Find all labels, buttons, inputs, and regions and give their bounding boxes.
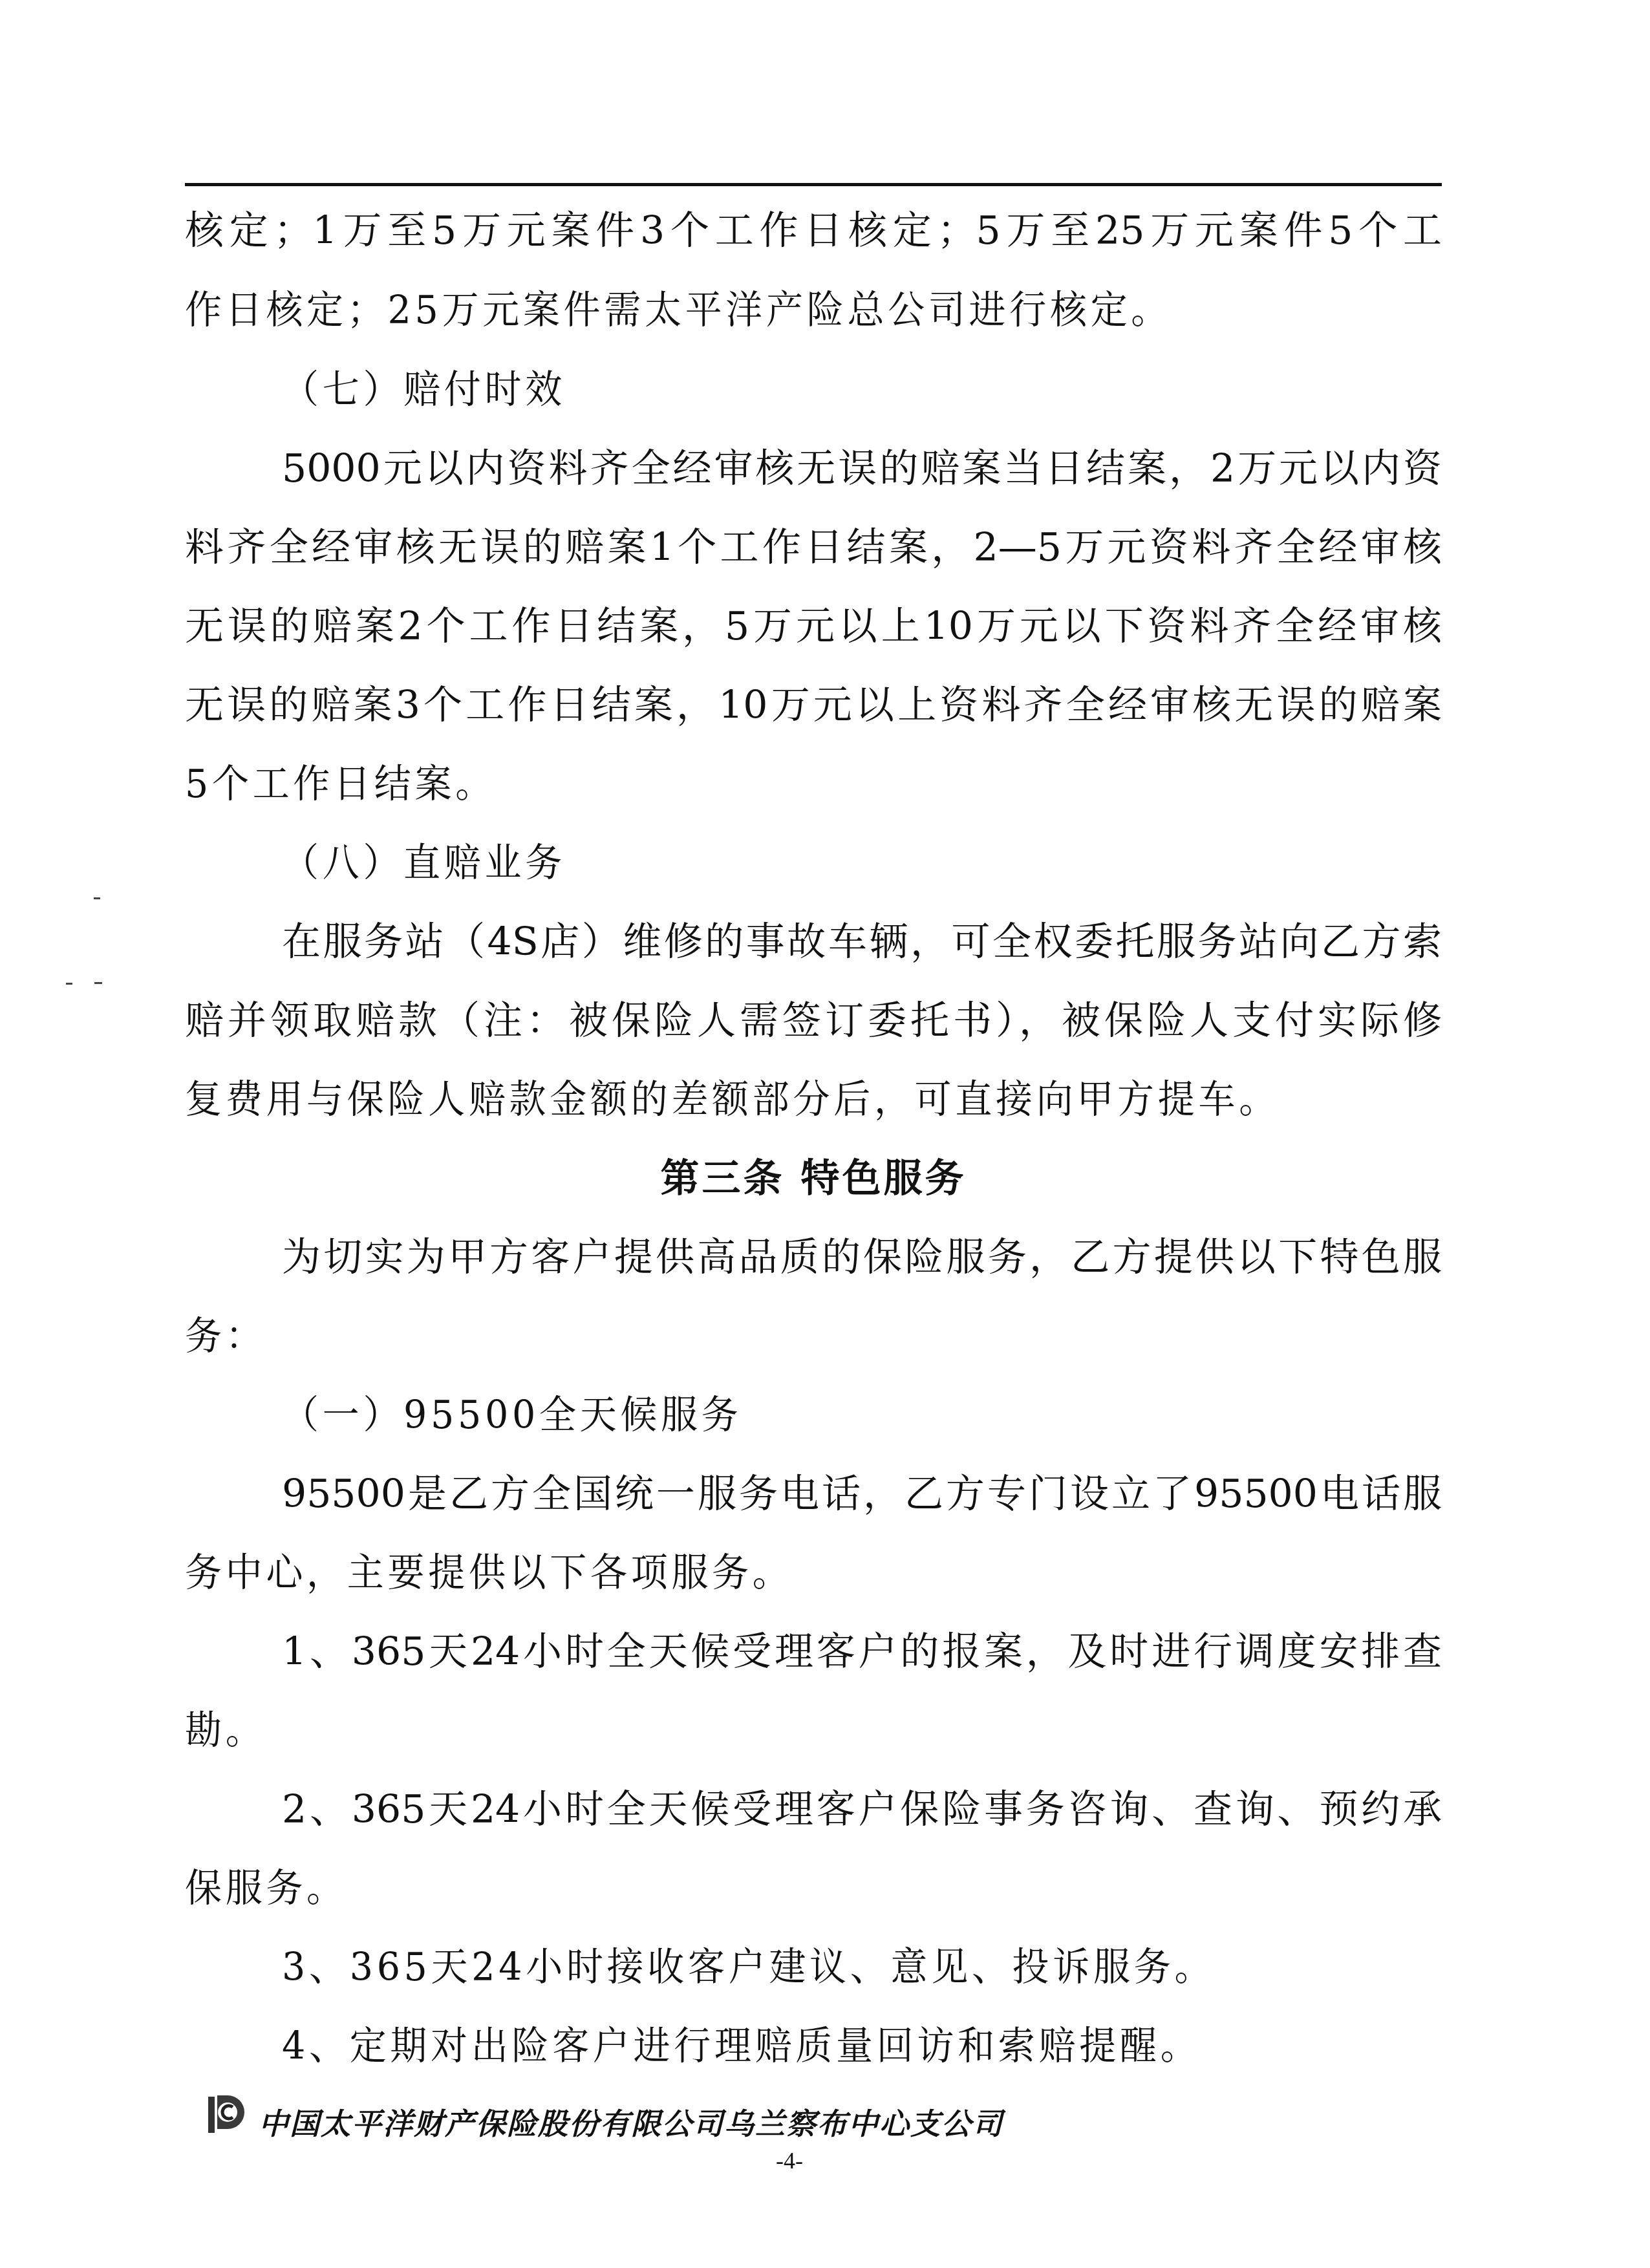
company-name: 中国太平洋财产保险股份有限公司乌兰察布中心支公司 (259, 2104, 1003, 2143)
scan-mark (94, 897, 100, 899)
paragraph-line: 无误的赔案2个工作日结案，5万元以上10万元以下资料齐全经审核 (185, 604, 1442, 649)
paragraph-line: 5000元以内资料齐全经审核无误的赔案当日结案，2万元以内资 (282, 446, 1442, 491)
paragraph-line: 为切实为甲方客户提供高品质的保险服务，乙方提供以下特色服 (282, 1235, 1442, 1280)
paragraph-line: 在服务站（4S店）维修的事故车辆，可全权委托服务站向乙方索 (282, 919, 1442, 965)
header-rule (185, 183, 1442, 186)
paragraph-line: 5个工作日结案。 (185, 762, 496, 807)
paragraph-line: 无误的赔案3个工作日结案，10万元以上资料齐全经审核无误的赔案 (185, 683, 1442, 728)
paragraph-line: 料齐全经审核无误的赔案1个工作日结案，2—5万元资料齐全经审核 (185, 525, 1442, 570)
list-item: 3、365天24小时接收客户建议、意见、投诉服务。 (282, 1945, 1215, 1990)
paragraph-line: 务： (185, 1314, 266, 1359)
list-item: 2、365天24小时全天候受理客户保险事务咨询、查询、预约承 (282, 1787, 1442, 1832)
scan-mark (66, 983, 72, 985)
list-item-continuation: 勘。 (185, 1708, 266, 1753)
footer: 中国太平洋财产保险股份有限公司乌兰察布中心支公司 (194, 2079, 1164, 2150)
page-number: -4- (776, 2146, 803, 2175)
scan-mark (94, 982, 102, 984)
cpic-logo-icon (207, 2091, 246, 2137)
list-item: 1、365天24小时全天候受理客户的报案，及时进行调度安排查 (282, 1629, 1442, 1674)
list-item: 4、定期对出险客户进行理赔质量回访和索赔提醒。 (282, 2024, 1201, 2069)
paragraph-line: 95500是乙方全国统一服务电话，乙方专门设立了95500电话服 (282, 1471, 1442, 1517)
paragraph-line: 作日核定；25万元案件需太平洋产险总公司进行核定。 (185, 288, 1172, 333)
paragraph-line: 赔并领取赔款（注：被保险人需签订委托书），被保险人支付实际修 (185, 998, 1442, 1043)
document-page: 核定；1万至5万元案件3个工作日核定；5万至25万元案件5个工 作日核定；25万… (0, 0, 1650, 2268)
section-heading: 第三条 特色服务 (185, 1156, 1442, 1201)
paragraph-line: 复费用与保险人赔款金额的差额部分后，可直接向甲方提车。 (185, 1077, 1280, 1122)
list-item-continuation: 保服务。 (185, 1866, 347, 1911)
paragraph-line: 务中心，主要提供以下各项服务。 (185, 1550, 793, 1596)
subsection-heading: （八）直赔业务 (282, 840, 566, 886)
subsection-heading: （一）95500全天候服务 (282, 1393, 742, 1438)
subsection-heading: （七）赔付时效 (282, 367, 566, 412)
paragraph-line: 核定；1万至5万元案件3个工作日核定；5万至25万元案件5个工 (185, 208, 1442, 253)
